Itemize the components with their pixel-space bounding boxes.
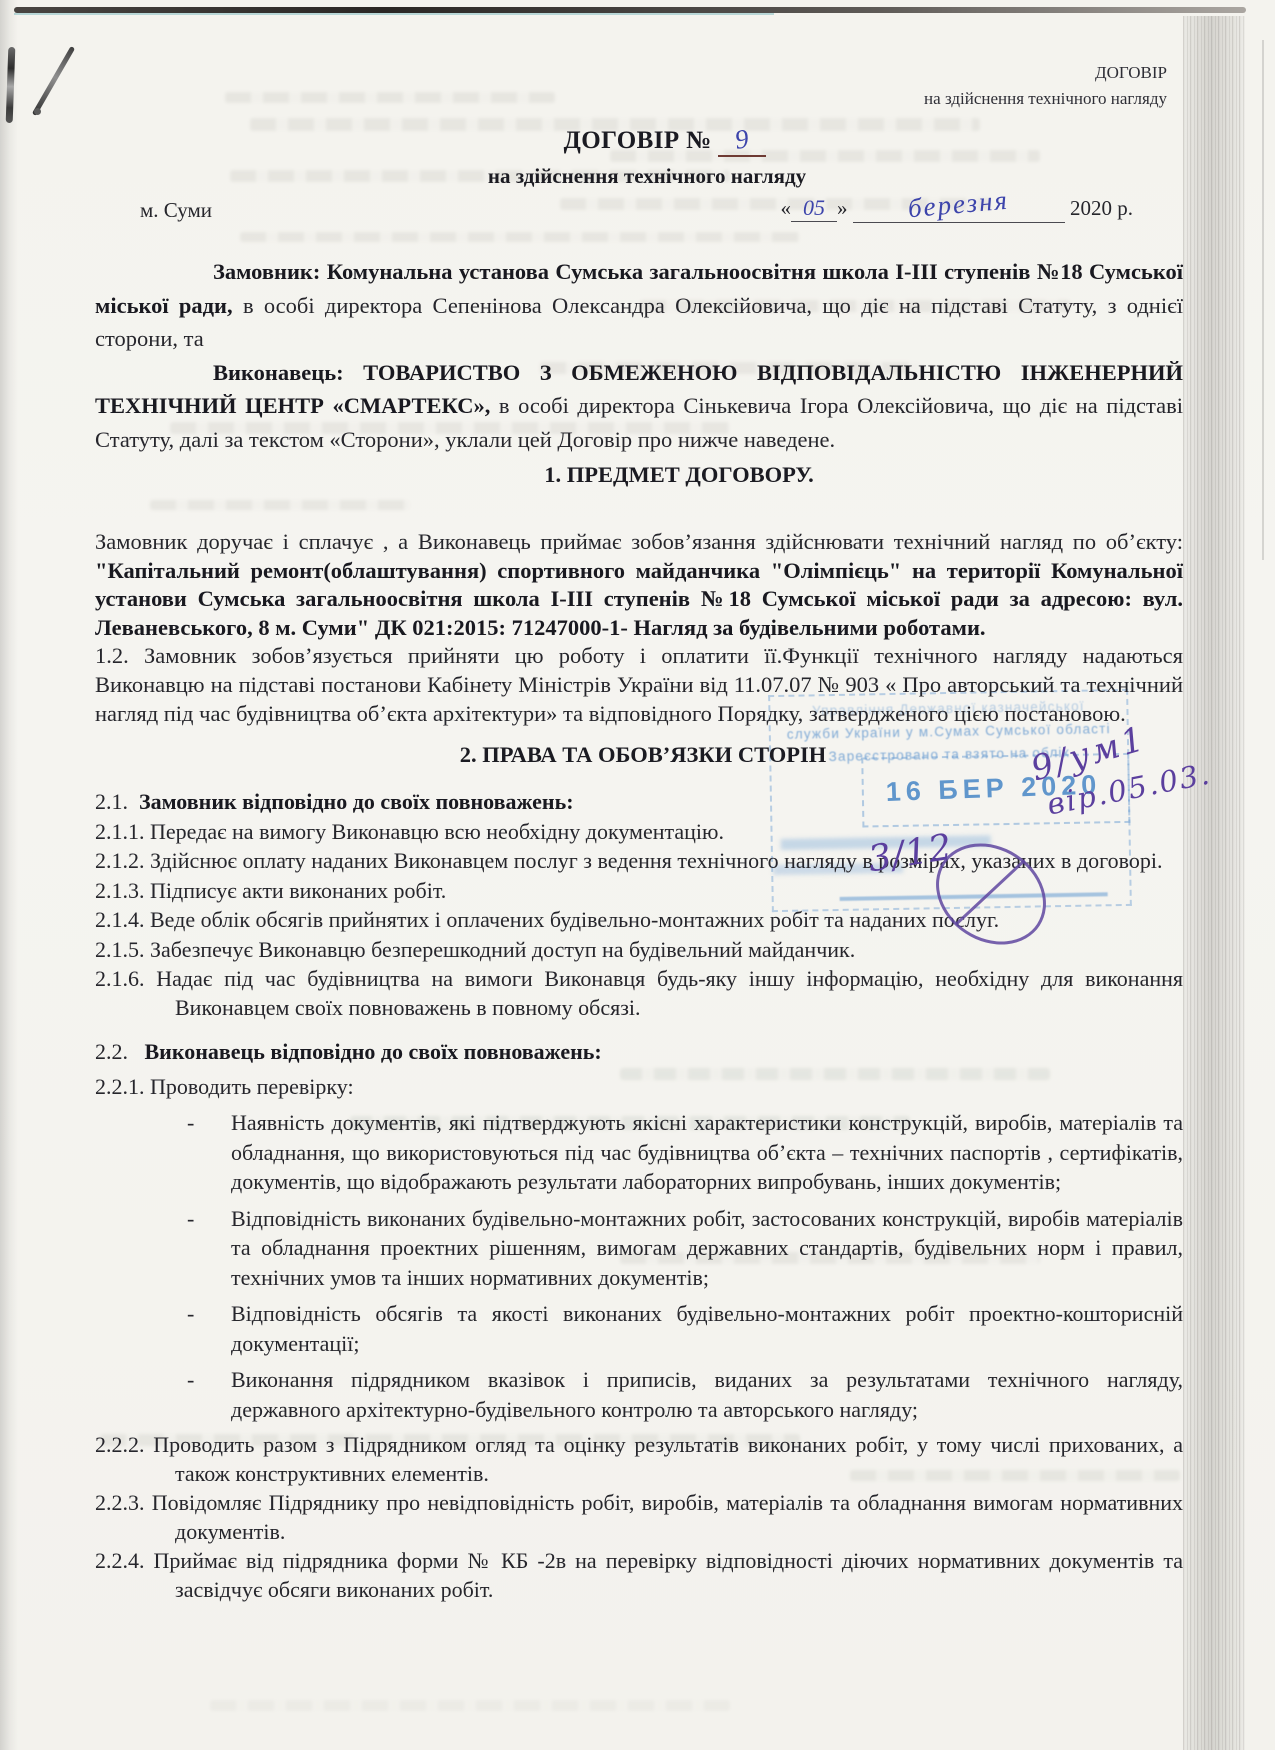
check-text: Наявність документів, які підтверджують … <box>231 1110 1183 1194</box>
clause-text: Проводить разом з Підрядником огляд та о… <box>153 1432 1183 1486</box>
check-text: Відповідність виконаних будівельно-монта… <box>231 1206 1183 1290</box>
clause-num: 2.2.3. <box>95 1490 145 1515</box>
clause-text: Приймає від підрядника форми № КБ -2в на… <box>154 1548 1183 1602</box>
document-title: ДОГОВІР № 9 <box>121 124 1209 157</box>
place-date-row: м. Суми «05» березня 2020 р. <box>95 191 1183 223</box>
corner-doc-subject: на здійснення технічного нагляду <box>924 86 1167 112</box>
dash-marker: - <box>187 1108 194 1138</box>
contract-text: ДОГОВІР на здійснення технічного нагляду… <box>0 0 1275 1750</box>
page-left-shadow <box>0 0 18 1750</box>
clause-2-2-3: 2.2.3. Повідомляє Підряднику про невідпо… <box>95 1489 1183 1546</box>
contractor-paragraph: Виконавець: ТОВАРИСТВО З ОБМЕЖЕНОЮ ВІДПО… <box>95 356 1183 457</box>
page-stack-edge <box>1183 16 1245 1750</box>
day-handwritten: 05 <box>803 195 825 220</box>
month-handwritten: березня <box>907 185 1010 225</box>
day-slot: 05 <box>791 195 837 222</box>
customer-details: в особі директора Сепенінова Олександра … <box>95 293 1183 352</box>
clause-num: 2.1.1. <box>95 819 145 844</box>
clause-2-2-title: Виконавець відповідно до своїх повноваже… <box>145 1039 602 1064</box>
clause-text: Проводить перевірку: <box>150 1074 354 1099</box>
clause-2-2-1: 2.2.1. Проводить перевірку: <box>95 1073 1183 1102</box>
clause-num: 2.2.1. <box>95 1074 145 1099</box>
section-1-heading: 1. ПРЕДМЕТ ДОГОВОРУ. <box>135 462 1223 488</box>
check-text: Відповідність обсягів та якості виконани… <box>231 1301 1183 1356</box>
parties-section: Замовник: Комунальна установа Сумська за… <box>95 255 1183 456</box>
clause-1-1-normal: Замовник доручає і сплачує , а Виконавец… <box>95 529 1183 554</box>
corner-doc-label: ДОГОВІР <box>924 60 1167 86</box>
check-item-4: -Виконання підрядником вказівок і припис… <box>95 1365 1183 1424</box>
check-text: Виконання підрядником вказівок і приписі… <box>231 1367 1183 1422</box>
clause-num: 2.2.2. <box>95 1432 145 1457</box>
document-title-text: ДОГОВІР № <box>564 127 712 154</box>
dash-marker: - <box>187 1204 194 1234</box>
dash-marker: - <box>187 1299 194 1329</box>
clause-1-2: 1.2. Замовник зобов’язується прийняти цю… <box>95 642 1183 728</box>
contract-number-handwritten: 9 <box>733 123 751 156</box>
clause-num: 2.2.4. <box>95 1548 145 1573</box>
corner-header: ДОГОВІР на здійснення технічного нагляду <box>924 60 1167 113</box>
clause-text: Повідомляє Підряднику про невідповідніст… <box>152 1490 1183 1544</box>
clause-2-1-heading: 2.1. Замовник відповідно до своїх повнов… <box>95 788 1183 817</box>
clause-2-1-1: 2.1.1. Передає на вимогу Виконавцю всю н… <box>95 818 1183 847</box>
city-label: м. Суми <box>140 198 212 223</box>
clause-text: Забезпечує Виконавцю безперешкодний дост… <box>150 937 855 962</box>
customer-paragraph: Замовник: Комунальна установа Сумська за… <box>95 255 1183 356</box>
clause-num: 2.1.5. <box>95 937 145 962</box>
clause-num: 2.1.4. <box>95 907 145 932</box>
section-2-heading: 2. ПРАВА ТА ОБОВ’ЯЗКИ СТОРІН <box>99 742 1187 768</box>
paperclip-end <box>34 108 41 115</box>
clause-2-2-heading: 2.2. Виконавець відповідно до своїх повн… <box>95 1038 1183 1067</box>
clause-2-2-num: 2.2. <box>95 1039 128 1064</box>
clause-num: 2.1.6. <box>95 966 145 991</box>
quote-close: » <box>837 196 848 220</box>
document-subtitle: на здійснення технічного нагляду <box>103 164 1191 189</box>
clause-2-1-num: 2.1. <box>95 789 128 814</box>
clause-num: 2.1.3. <box>95 878 145 903</box>
check-item-3: -Відповідність обсягів та якості виконан… <box>95 1299 1183 1358</box>
dash-marker: - <box>187 1365 194 1395</box>
check-item-1: -Наявність документів, які підтверджують… <box>95 1108 1183 1197</box>
clause-text: Передає на вимогу Виконавцю всю необхідн… <box>150 819 724 844</box>
clause-2-1-6: 2.1.6. Надає під час будівництва на вимо… <box>95 965 1183 1022</box>
clause-text: Веде облік обсягів прийнятих і оплачених… <box>150 907 999 932</box>
contractor-label: Виконавець: <box>213 360 363 385</box>
check-item-2: -Відповідність виконаних будівельно-монт… <box>95 1204 1183 1293</box>
clause-2-1-title: Замовник відповідно до своїх повноважень… <box>139 789 574 814</box>
quote-open: « <box>781 196 792 220</box>
clause-1-1: Замовник доручає і сплачує , а Виконавец… <box>95 528 1183 642</box>
year-label: 2020 р. <box>1070 196 1133 220</box>
clause-2-2-4: 2.2.4. Приймає від підрядника форми № КБ… <box>95 1547 1183 1604</box>
page-right-edge-line <box>1262 40 1264 560</box>
clause-text: Підписує акти виконаних робіт. <box>150 878 446 903</box>
scanned-contract-page: Управління Державної казначейської служб… <box>0 0 1275 1750</box>
date-line: «05» березня 2020 р. <box>781 191 1134 223</box>
clause-num: 2.1.2. <box>95 848 145 873</box>
contract-number-slot: 9 <box>718 124 766 157</box>
month-slot: березня <box>853 191 1065 223</box>
clause-1-1-object: "Капітальний ремонт(облаштування) спорти… <box>95 558 1183 640</box>
scan-edge-tint <box>14 13 774 15</box>
clause-text: Надає під час будівництва на вимоги Вико… <box>156 966 1183 1020</box>
clause-2-2-2: 2.2.2. Проводить разом з Підрядником огл… <box>95 1431 1183 1488</box>
customer-label: Замовник: <box>213 259 327 284</box>
handwritten-ellipse-stroke <box>955 859 1026 925</box>
